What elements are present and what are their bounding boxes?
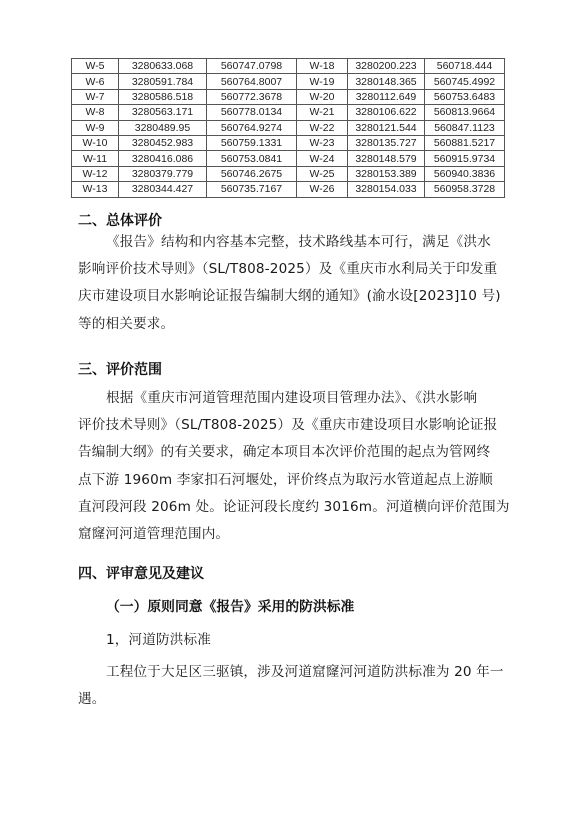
paragraph-line: 窟窿河河道管理范围内。 bbox=[78, 521, 510, 548]
table-row: W-103280452.983560759.1331W-233280135.72… bbox=[72, 135, 505, 150]
x-coordinate-cell: 3280153.389 bbox=[348, 166, 425, 181]
y-coordinate-cell: 560881.5217 bbox=[425, 135, 505, 150]
review-subheading: （一）原则同意《报告》采用的防洪标准 bbox=[106, 598, 538, 616]
y-coordinate-cell: 560753.6483 bbox=[425, 89, 505, 104]
y-coordinate-cell: 560745.4992 bbox=[425, 74, 505, 89]
point-id-cell: W-12 bbox=[72, 166, 119, 181]
point-id-cell: W-18 bbox=[297, 59, 348, 74]
y-coordinate-cell: 560772.3678 bbox=[207, 89, 297, 104]
point-id-cell: W-8 bbox=[72, 105, 119, 120]
section-heading-scope: 三、评价范围 bbox=[78, 361, 510, 379]
paragraph-line: 评价技术导则》（SL/T808-2025）及《重庆市建设项目水影响论证报 bbox=[78, 412, 510, 439]
x-coordinate-cell: 3280586.518 bbox=[119, 89, 207, 104]
y-coordinate-cell: 560958.3728 bbox=[425, 182, 505, 197]
table-row: W-113280416.086560753.0841W-243280148.57… bbox=[72, 151, 505, 166]
x-coordinate-cell: 3280154.033 bbox=[348, 182, 425, 197]
y-coordinate-cell: 560778.0134 bbox=[207, 105, 297, 120]
x-coordinate-cell: 3280489.95 bbox=[119, 120, 207, 135]
y-coordinate-cell: 560813.9664 bbox=[425, 105, 505, 120]
review-item-title: 1，河道防洪标准 bbox=[106, 627, 538, 654]
section-heading-overall: 二、总体评价 bbox=[78, 212, 510, 230]
point-id-cell: W-20 bbox=[297, 89, 348, 104]
y-coordinate-cell: 560847.1123 bbox=[425, 120, 505, 135]
paragraph-line: 《报告》结构和内容基本完整，技术路线基本可行，满足《洪水 bbox=[78, 229, 510, 256]
section-heading-review: 四、评审意见及建议 bbox=[78, 565, 510, 583]
paragraph-line: 点下游 1960m 李家扣石河堰处，评价终点为取污水管道起点上游顺 bbox=[78, 467, 510, 494]
point-id-cell: W-21 bbox=[297, 105, 348, 120]
x-coordinate-cell: 3280344.427 bbox=[119, 182, 207, 197]
x-coordinate-cell: 3280106.622 bbox=[348, 105, 425, 120]
coordinate-table: W-53280633.068560747.0798W-183280200.223… bbox=[71, 58, 505, 198]
x-coordinate-cell: 3280416.086 bbox=[119, 151, 207, 166]
y-coordinate-cell: 560753.0841 bbox=[207, 151, 297, 166]
coordinate-table-body: W-53280633.068560747.0798W-183280200.223… bbox=[72, 59, 505, 198]
paragraph-line: 直河段河段 206m 处。论证河段长度约 3016m。河道横向评价范围为 bbox=[78, 494, 510, 521]
y-coordinate-cell: 560764.9274 bbox=[207, 120, 297, 135]
point-id-cell: W-9 bbox=[72, 120, 119, 135]
point-id-cell: W-6 bbox=[72, 74, 119, 89]
review-paragraph: 工程位于大足区三驱镇，涉及河道窟窿河河道防洪标准为 20 年一 遇。 bbox=[78, 659, 510, 713]
x-coordinate-cell: 3280452.983 bbox=[119, 135, 207, 150]
y-coordinate-cell: 560735.7167 bbox=[207, 182, 297, 197]
point-id-cell: W-13 bbox=[72, 182, 119, 197]
paragraph-line: 等的相关要求。 bbox=[78, 311, 510, 338]
paragraph-line: 影响评价技术导则》（SL/T808-2025）及《重庆市水利局关于印发重 bbox=[78, 256, 510, 283]
x-coordinate-cell: 3280112.649 bbox=[348, 89, 425, 104]
point-id-cell: W-26 bbox=[297, 182, 348, 197]
table-row: W-133280344.427560735.7167W-263280154.03… bbox=[72, 182, 505, 197]
y-coordinate-cell: 560746.2675 bbox=[207, 166, 297, 181]
table-row: W-63280591.784560764.8007W-193280148.365… bbox=[72, 74, 505, 89]
y-coordinate-cell: 560915.9734 bbox=[425, 151, 505, 166]
x-coordinate-cell: 3280121.544 bbox=[348, 120, 425, 135]
scope-paragraph: 根据《重庆市河道管理范围内建设项目管理办法》、《洪水影响 评价技术导则》（SL/… bbox=[78, 385, 510, 548]
x-coordinate-cell: 3280148.365 bbox=[348, 74, 425, 89]
y-coordinate-cell: 560764.8007 bbox=[207, 74, 297, 89]
x-coordinate-cell: 3280633.068 bbox=[119, 59, 207, 74]
x-coordinate-cell: 3280148.579 bbox=[348, 151, 425, 166]
point-id-cell: W-23 bbox=[297, 135, 348, 150]
point-id-cell: W-19 bbox=[297, 74, 348, 89]
x-coordinate-cell: 3280379.779 bbox=[119, 166, 207, 181]
y-coordinate-cell: 560940.3836 bbox=[425, 166, 505, 181]
table-row: W-123280379.779560746.2675W-253280153.38… bbox=[72, 166, 505, 181]
point-id-cell: W-5 bbox=[72, 59, 119, 74]
table-row: W-83280563.171560778.0134W-213280106.622… bbox=[72, 105, 505, 120]
point-id-cell: W-22 bbox=[297, 120, 348, 135]
paragraph-line: 根据《重庆市河道管理范围内建设项目管理办法》、《洪水影响 bbox=[78, 385, 510, 412]
x-coordinate-cell: 3280591.784 bbox=[119, 74, 207, 89]
paragraph-line: 遇。 bbox=[78, 686, 510, 713]
table-row: W-93280489.95560764.9274W-223280121.5445… bbox=[72, 120, 505, 135]
point-id-cell: W-7 bbox=[72, 89, 119, 104]
point-id-cell: W-10 bbox=[72, 135, 119, 150]
overall-paragraph: 《报告》结构和内容基本完整，技术路线基本可行，满足《洪水 影响评价技术导则》（S… bbox=[78, 229, 510, 338]
y-coordinate-cell: 560747.0798 bbox=[207, 59, 297, 74]
paragraph-line: 告编制大纲》的有关要求，确定本项目本次评价范围的起点为管网终 bbox=[78, 439, 510, 466]
paragraph-line: 庆市建设项目水影响论证报告编制大纲的通知》(渝水设[2023]10 号) bbox=[78, 283, 510, 310]
paragraph-line: 工程位于大足区三驱镇，涉及河道窟窿河河道防洪标准为 20 年一 bbox=[78, 659, 510, 686]
table-row: W-53280633.068560747.0798W-183280200.223… bbox=[72, 59, 505, 74]
point-id-cell: W-24 bbox=[297, 151, 348, 166]
x-coordinate-cell: 3280200.223 bbox=[348, 59, 425, 74]
point-id-cell: W-25 bbox=[297, 166, 348, 181]
point-id-cell: W-11 bbox=[72, 151, 119, 166]
x-coordinate-cell: 3280563.171 bbox=[119, 105, 207, 120]
y-coordinate-cell: 560759.1331 bbox=[207, 135, 297, 150]
table-row: W-73280586.518560772.3678W-203280112.649… bbox=[72, 89, 505, 104]
x-coordinate-cell: 3280135.727 bbox=[348, 135, 425, 150]
y-coordinate-cell: 560718.444 bbox=[425, 59, 505, 74]
